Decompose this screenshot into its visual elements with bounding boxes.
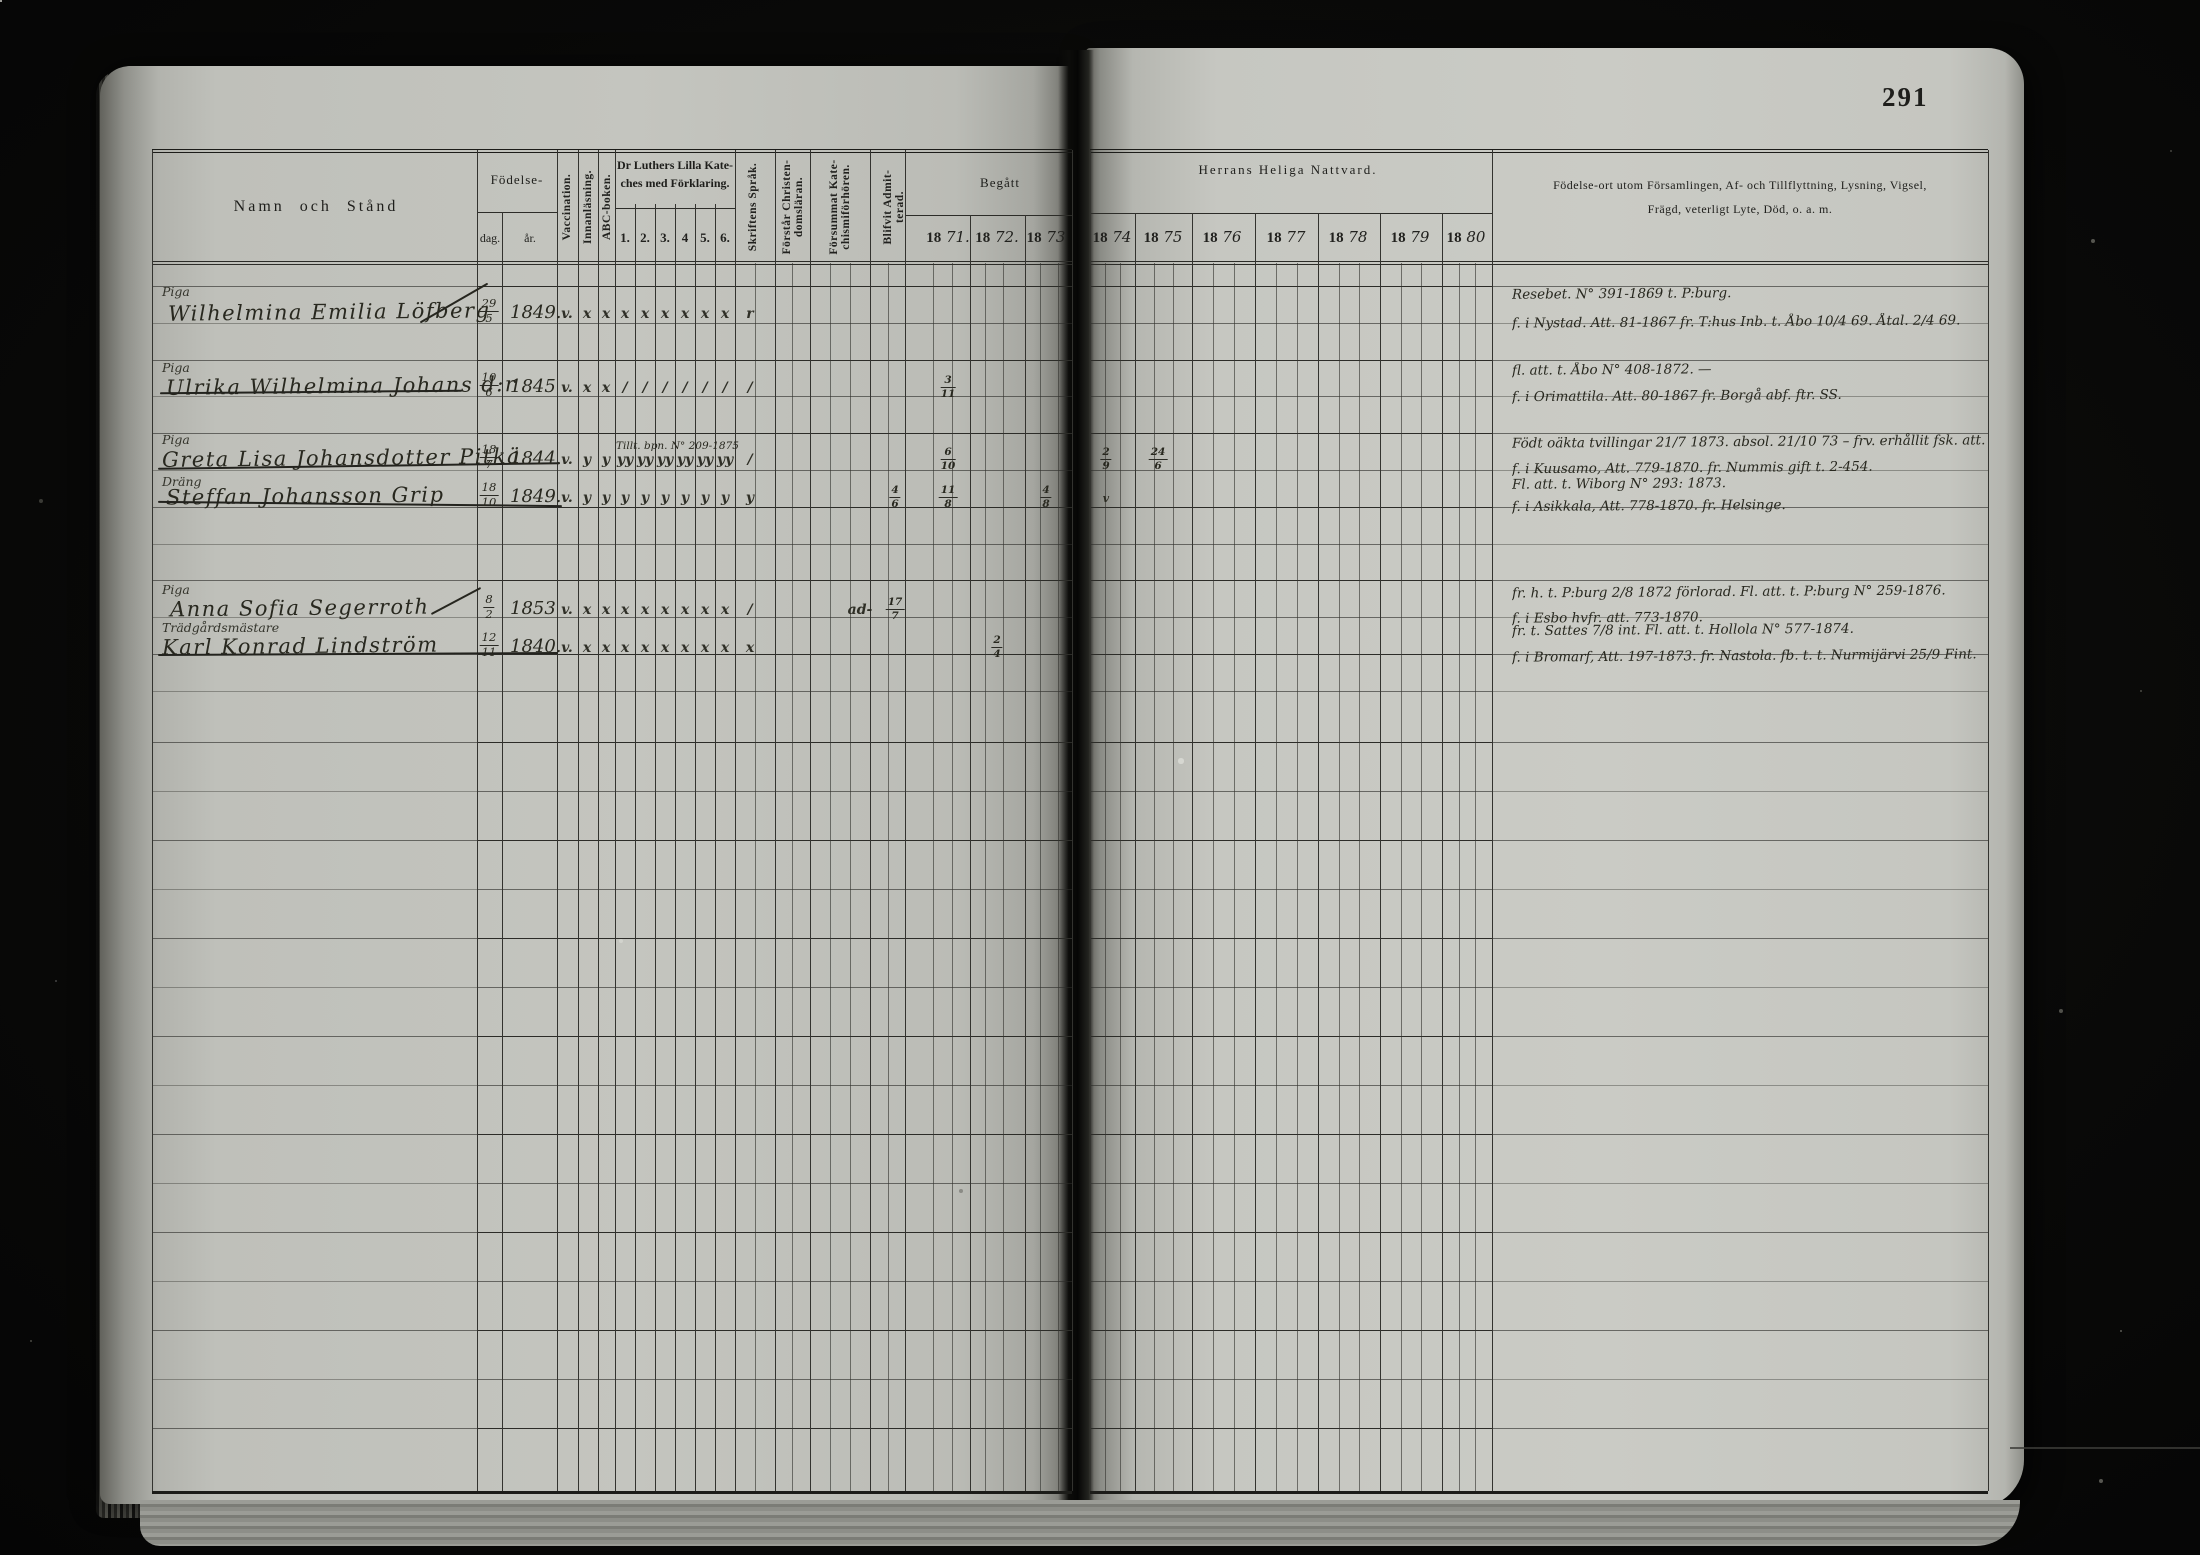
note-line: Resebet. N° 391-1869 t. P:burg. xyxy=(1512,285,1732,303)
grid-vline xyxy=(557,150,558,1491)
column-header-begatt: Begått xyxy=(980,175,1020,191)
grid-vline xyxy=(675,204,676,1491)
grid-line xyxy=(1090,544,1492,545)
grid-vline xyxy=(1072,150,1073,1491)
grid-vline xyxy=(755,263,756,1491)
entry-name: Wilhelmina Emilia Löfberg xyxy=(168,298,491,325)
grid-line xyxy=(1090,396,1492,397)
grid-line xyxy=(152,1330,477,1331)
birth-year: 1849. xyxy=(510,486,562,507)
reading-mark: yy xyxy=(677,452,693,468)
reading-mark: / xyxy=(702,380,707,396)
grid-line xyxy=(152,1134,477,1135)
reading-mark: / xyxy=(662,380,667,396)
reading-mark: x xyxy=(701,640,709,656)
reading-mark: x xyxy=(621,640,629,656)
grid-line xyxy=(1090,1183,1492,1184)
grid-vline xyxy=(1459,263,1460,1491)
grid-vline xyxy=(830,263,831,1491)
note-line: Fl. att. t. Wiborg N° 293: 1873. xyxy=(1512,475,1726,492)
nattvard-year-header: 18 79 xyxy=(1391,228,1430,247)
reading-mark: yy xyxy=(717,452,733,468)
grid-line xyxy=(1090,654,1492,655)
grid-line xyxy=(152,889,477,890)
grid-vline xyxy=(735,150,736,1491)
grid-line xyxy=(1492,1232,1988,1233)
grid-line xyxy=(1090,264,1988,265)
kateches-number-header: 5. xyxy=(700,230,710,246)
grid-line xyxy=(152,791,477,792)
grid-vline xyxy=(933,263,934,1491)
grid-line xyxy=(1090,261,1988,262)
grid-vline xyxy=(1492,150,1493,1491)
communion-mark-1871: 311 xyxy=(941,375,956,399)
grid-line xyxy=(152,1428,477,1429)
grid-line xyxy=(1090,1036,1492,1037)
grid-vline xyxy=(1003,263,1004,1491)
reading-mark: x xyxy=(583,380,591,396)
grid-line xyxy=(1492,1281,1988,1282)
grid-line xyxy=(1090,1491,1988,1494)
grid-line xyxy=(152,1036,477,1037)
book-scan: 291 Namn och Stånd Födelse- dag. år. Vac… xyxy=(0,0,2200,1555)
grid-line xyxy=(1090,213,1492,214)
note-line: f. i Asikkala, Att. 778-1870. fr. Helsin… xyxy=(1512,497,1786,515)
birth-day: 295 xyxy=(480,298,499,324)
reading-mark: x xyxy=(602,640,610,656)
note-line: f. i Kuusamo, Att. 779-1870. fr. Nummis … xyxy=(1512,459,1873,478)
reading-mark: yy xyxy=(657,452,673,468)
note-line: f. i Bromarf, Att. 197-1873. fr. Nastola… xyxy=(1512,646,1977,665)
grid-vline xyxy=(1359,263,1360,1491)
grid-line xyxy=(152,264,1072,265)
grid-line xyxy=(152,580,477,581)
grid-line xyxy=(152,433,477,434)
vaccination-mark: v. xyxy=(561,640,573,656)
grid-line xyxy=(1492,938,1988,939)
grid-vline xyxy=(635,204,636,1491)
nattvard-year-header: 18 80 xyxy=(1447,228,1486,247)
reading-mark: x xyxy=(681,306,689,322)
grid-line xyxy=(1090,791,1492,792)
grid-line xyxy=(152,1281,477,1282)
grid-vline xyxy=(1276,263,1277,1491)
column-header-birth-day: dag. xyxy=(480,231,500,246)
reading-mark: x xyxy=(701,602,709,618)
grid-vline xyxy=(715,204,716,1491)
grid-vline xyxy=(1442,213,1443,1491)
grid-line xyxy=(477,212,557,213)
grid-vline xyxy=(905,150,906,1491)
reading-mark: x xyxy=(583,602,591,618)
grid-vline xyxy=(810,150,811,1491)
reading-mark: y xyxy=(583,490,591,506)
note-line: f. i Orimattila. Att. 80-1867 fr. Borgå … xyxy=(1512,387,1842,405)
grid-line xyxy=(152,152,1072,153)
reading-mark: x xyxy=(721,306,729,322)
skrift-mark: r xyxy=(746,306,753,322)
grid-vline xyxy=(888,263,889,1491)
column-header-birth-year: år. xyxy=(524,231,536,246)
grid-line xyxy=(152,544,477,545)
birth-year: 1844. xyxy=(510,448,562,469)
entry-title: Piga xyxy=(162,432,190,447)
grid-vline xyxy=(1173,263,1174,1491)
grid-line xyxy=(1090,152,1988,153)
grid-line xyxy=(152,1085,477,1086)
column-header-forsummat-katechismiforhoren: Försummat Kate-chismiförhören. xyxy=(825,151,855,263)
begatt-year-header: 18 72. xyxy=(975,228,1019,247)
reading-mark: x xyxy=(681,640,689,656)
reading-mark: / xyxy=(622,380,627,396)
skrift-mark: / xyxy=(747,452,752,468)
grid-line xyxy=(1090,1428,1492,1429)
notes-column-header-line2: Frägd, veterligt Lyte, Död, o. a. m. xyxy=(1648,202,1833,217)
entry-title: Piga xyxy=(162,582,190,597)
reading-mark: x xyxy=(661,640,669,656)
reading-mark: y xyxy=(681,490,689,506)
nattvard-year-header: 18 75 xyxy=(1144,228,1183,247)
grid-line xyxy=(1492,889,1988,890)
left-page xyxy=(100,66,1072,1504)
reading-mark: / xyxy=(682,380,687,396)
communion-mark-1874: v xyxy=(1103,492,1109,505)
reading-mark: y xyxy=(602,452,610,468)
grid-vline xyxy=(1234,263,1235,1491)
grid-line xyxy=(1492,1379,1988,1380)
grid-vline xyxy=(1255,213,1256,1491)
reading-mark: / xyxy=(722,380,727,396)
grid-vline xyxy=(1135,213,1136,1491)
reading-mark: x xyxy=(602,602,610,618)
book-gutter xyxy=(1058,50,1094,1510)
grid-line xyxy=(1492,791,1988,792)
reading-mark: x xyxy=(641,602,649,618)
communion-mark-1873: 48 xyxy=(1040,485,1051,509)
grid-line xyxy=(152,149,1072,150)
grid-vline xyxy=(615,150,616,1491)
page-number: 291 xyxy=(1882,82,1929,113)
reading-mark: y xyxy=(583,452,591,468)
vaccination-mark: v. xyxy=(561,380,573,396)
grid-line xyxy=(152,1183,477,1184)
scan-scratch-artifact xyxy=(2010,1447,2200,1449)
skrift-mark: x xyxy=(746,640,754,656)
reading-mark: x xyxy=(661,602,669,618)
birth-day: 106 xyxy=(480,372,499,398)
grid-line xyxy=(1492,691,1988,692)
grid-line xyxy=(152,840,477,841)
birth-year: 1853 xyxy=(510,598,556,619)
grid-line xyxy=(1090,1379,1492,1380)
margin-note: Tillt. bpn. N° 209-1875 xyxy=(616,440,739,452)
notes-column-header-line1: Födelse-ort utom Församlingen, Af- och T… xyxy=(1553,178,1927,193)
kateches-number-header: 2. xyxy=(640,230,650,246)
grid-line xyxy=(1090,360,1492,361)
begatt-year-header: 18 73 xyxy=(1027,228,1066,247)
grid-vline xyxy=(970,215,971,1491)
reading-mark: yy xyxy=(617,452,633,468)
column-header-forstar-christendomslaran: Förstår Christen-domsläran. xyxy=(778,151,808,263)
entry-title: Piga xyxy=(162,360,190,375)
grid-line xyxy=(152,987,477,988)
admitterad-text: ad- xyxy=(848,602,873,618)
grid-vline xyxy=(1475,263,1476,1491)
vaccination-mark: v. xyxy=(561,306,573,322)
grid-line xyxy=(152,938,477,939)
column-header-birth: Födelse- xyxy=(491,172,544,188)
column-header-name: Namn och Stånd xyxy=(234,198,399,216)
note-line: fr. t. Sattes 7/8 int. Fl. att. t. Hollo… xyxy=(1512,621,1854,639)
reading-mark: yy xyxy=(637,452,653,468)
grid-vline xyxy=(985,263,986,1491)
grid-line xyxy=(152,261,1072,262)
kateches-number-header: 3. xyxy=(660,230,670,246)
grid-line xyxy=(1090,617,1492,618)
column-header-nattvard: Herrans Heliga Nattvard. xyxy=(1198,162,1377,178)
reading-mark: x xyxy=(621,306,629,322)
nattvard-year-header: 18 76 xyxy=(1203,228,1242,247)
reading-mark: x xyxy=(681,602,689,618)
birth-day: 82 xyxy=(483,594,494,620)
communion-mark-1871: 118 xyxy=(939,485,958,509)
grid-vline xyxy=(502,212,503,1491)
reading-mark: x xyxy=(721,640,729,656)
grid-line xyxy=(1090,987,1492,988)
grid-line xyxy=(1090,889,1492,890)
kateches-number-header: 4 xyxy=(682,230,689,246)
grid-line xyxy=(152,691,477,692)
reading-mark: yy xyxy=(697,452,713,468)
right-page xyxy=(1086,48,2024,1508)
grid-line xyxy=(1492,987,1988,988)
grid-line xyxy=(1090,580,1492,581)
nattvard-year-header: 18 78 xyxy=(1329,228,1368,247)
grid-line xyxy=(1090,433,1492,434)
grid-vline xyxy=(1040,263,1041,1491)
reading-mark: x xyxy=(583,306,591,322)
grid-vline xyxy=(1380,213,1381,1491)
reading-mark: x xyxy=(621,602,629,618)
grid-line xyxy=(1090,840,1492,841)
grid-line xyxy=(1090,1232,1492,1233)
reading-mark: x xyxy=(641,640,649,656)
reading-mark: y xyxy=(621,490,629,506)
grid-vline xyxy=(870,150,871,1491)
grid-line xyxy=(1090,286,1492,287)
grid-line xyxy=(1090,691,1492,692)
grid-vline xyxy=(1318,213,1319,1491)
reading-mark: y xyxy=(602,490,610,506)
grid-vline xyxy=(477,150,478,1491)
entry-name: Anna Sofia Segerroth xyxy=(170,595,430,622)
grid-vline xyxy=(655,204,656,1491)
admitterad-mark: 177 xyxy=(886,597,905,621)
grid-vline xyxy=(1297,263,1298,1491)
grid-vline xyxy=(1120,263,1121,1491)
birth-year: 1849. xyxy=(510,302,562,323)
nattvard-year-header: 18 77 xyxy=(1267,228,1306,247)
grid-line xyxy=(152,742,477,743)
grid-line xyxy=(1492,1330,1988,1331)
vaccination-mark: v. xyxy=(561,452,573,468)
grid-vline xyxy=(1401,263,1402,1491)
skrift-mark: / xyxy=(747,602,752,618)
reading-mark: y xyxy=(701,490,709,506)
kateches-number-header: 6. xyxy=(720,230,730,246)
reading-mark: y xyxy=(721,490,729,506)
grid-line xyxy=(1090,742,1492,743)
grid-line xyxy=(1492,1036,1988,1037)
grid-line xyxy=(1090,1085,1492,1086)
grid-vline xyxy=(775,150,776,1491)
grid-line xyxy=(152,1379,477,1380)
grid-vline xyxy=(1058,263,1059,1491)
dust-speckles xyxy=(0,0,2,2)
reading-mark: x xyxy=(721,602,729,618)
skrift-mark: / xyxy=(747,380,752,396)
grid-line xyxy=(1090,149,1988,150)
admitterad-mark: 46 xyxy=(889,485,900,509)
grid-line xyxy=(1492,742,1988,743)
grid-vline xyxy=(1025,215,1026,1491)
note-line: f. i Nystad. Att. 81-1867 fr. T:hus Inb.… xyxy=(1512,312,1960,331)
reading-mark: x xyxy=(661,306,669,322)
grid-vline xyxy=(1339,263,1340,1491)
reading-mark: x xyxy=(583,640,591,656)
reading-mark: x xyxy=(641,306,649,322)
grid-vline xyxy=(152,150,153,1491)
grid-line xyxy=(1492,544,1988,545)
grid-vline xyxy=(1988,150,1989,1491)
birth-day: 187 xyxy=(480,444,499,470)
grid-line xyxy=(152,1232,477,1233)
column-header-kateches-1: Dr Luthers Lilla Kate- xyxy=(617,158,733,173)
birth-year: 1845 xyxy=(510,376,556,397)
kateches-number-header: 1. xyxy=(620,230,630,246)
grid-line xyxy=(152,286,477,287)
note-line: Födt oäkta tvillingar 21/7 1873. absol. … xyxy=(1512,432,1985,451)
grid-line xyxy=(152,360,477,361)
grid-vline xyxy=(578,150,579,1491)
grid-line xyxy=(1492,360,1988,361)
skrift-mark: y xyxy=(746,490,754,506)
grid-vline xyxy=(792,263,793,1491)
reading-mark: x xyxy=(701,306,709,322)
grid-line xyxy=(1090,323,1492,324)
reading-mark: y xyxy=(641,490,649,506)
grid-vline xyxy=(1213,263,1214,1491)
grid-line xyxy=(1492,1428,1988,1429)
grid-vline xyxy=(1192,213,1193,1491)
grid-vline xyxy=(1421,263,1422,1491)
grid-vline xyxy=(598,150,599,1491)
grid-line xyxy=(1090,1281,1492,1282)
grid-vline xyxy=(695,204,696,1491)
entry-title: Piga xyxy=(162,284,190,299)
birth-year: 1840. xyxy=(510,636,562,657)
nattvard-year-header: 18 74 xyxy=(1093,228,1132,247)
entry-title: Trädgårdsmästare xyxy=(162,620,279,635)
reading-mark: x xyxy=(602,306,610,322)
grid-vline xyxy=(1090,150,1091,1491)
grid-line xyxy=(1492,840,1988,841)
begatt-year-header: 18 71. xyxy=(926,228,970,247)
note-line: fr. h. t. P:burg 2/8 1872 förlorad. Fl. … xyxy=(1512,582,1946,601)
communion-mark-1874: 29 xyxy=(1100,447,1111,471)
communion-mark-1875: 246 xyxy=(1149,447,1168,471)
communion-mark-1871: 610 xyxy=(941,447,956,471)
page-stack-bottom-edge xyxy=(140,1500,2020,1546)
birth-day: 1211 xyxy=(480,632,499,658)
grid-line xyxy=(1090,1134,1492,1135)
grid-line xyxy=(1492,580,1988,581)
entry-name: Ulrika Wilhelmina Johans d:r xyxy=(166,372,517,400)
grid-line xyxy=(1090,938,1492,939)
reading-mark: x xyxy=(602,380,610,396)
grid-line xyxy=(1492,1085,1988,1086)
grid-line xyxy=(1090,507,1492,508)
grid-line xyxy=(152,1491,1072,1494)
vaccination-mark: v. xyxy=(561,490,573,506)
communion-mark-1872: 24 xyxy=(991,635,1002,659)
grid-line xyxy=(1492,1134,1988,1135)
column-header-kateches-2: ches med Förklaring. xyxy=(621,176,730,191)
note-line: fl. att. t. Åbo N° 408-1872. — xyxy=(1512,361,1712,378)
reading-mark: y xyxy=(661,490,669,506)
grid-vline xyxy=(850,263,851,1491)
grid-line xyxy=(1492,1183,1988,1184)
reading-mark: / xyxy=(642,380,647,396)
grid-line xyxy=(905,215,1072,216)
birth-day: 1810 xyxy=(480,482,499,508)
grid-line xyxy=(1090,1330,1492,1331)
column-header-skriftens-sprak: Skriftens Språk. xyxy=(738,151,768,263)
vaccination-mark: v. xyxy=(561,602,573,618)
